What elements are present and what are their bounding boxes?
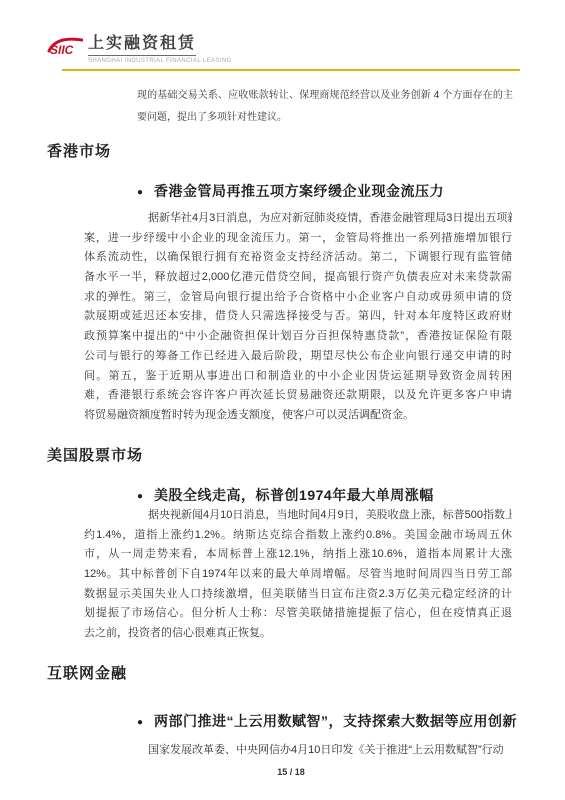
- siic-logo-text: SIIC: [50, 43, 74, 57]
- paragraph-internet: 国家发展改革委、中央网信办4月10日印发《关于推进“上云用数赋智”行动: [84, 741, 512, 761]
- intro-paragraph: 现的基础交易关系、应收账款转让、保理商规范经营以及业务创新 4 个方面存在的主要…: [137, 85, 513, 130]
- text-line: 12%。其中标普创下自1974年以来的最大单周增幅。尽管当地时间周四当日劳工部: [84, 565, 512, 585]
- bullet-icon: ●: [137, 187, 143, 198]
- bullet-icon: ●: [137, 491, 143, 502]
- text-line: 案，进一步纾缓中小企业的现金流压力。第一，金管局将推出一系列措施增加银行: [84, 229, 512, 249]
- text-line: 政预算案中提出的“中小企融资担保计划百分百担保特惠贷款”，香港按证保险有限: [84, 327, 512, 347]
- text-line: 将贸易融资额度暂时转为现金透支额度，使客户可以灵活调配资金。: [84, 406, 512, 426]
- siic-swoosh-icon: SIIC: [47, 34, 83, 58]
- company-logo: SIIC 上实融资租赁 SHANGHAI INDUSTRIAL FINANCIA…: [47, 30, 232, 64]
- document-page: SIIC 上实融资租赁 SHANGHAI INDUSTRIAL FINANCIA…: [0, 0, 565, 800]
- logo-text-column: 上实融资租赁 SHANGHAI INDUSTRIAL FINANCIAL LEA…: [88, 30, 232, 64]
- text-line: 公司与银行的筹备工作已经进入最后阶段，期望尽快公布企业向银行递交申请的时: [84, 347, 512, 367]
- text-line: 间。第五，鉴于近期从事进出口和制造业的中小企业因货运延期导致资金周转困: [84, 367, 512, 387]
- text-line: 数据显示美国失业人口持续激增，但美联储当日宣布注资2.3万亿美元稳定经济的计: [84, 585, 512, 605]
- bullet-icon: ●: [137, 717, 143, 728]
- text-line: 备水平一半，释放超过2,000亿港元借贷空间，提高银行资产负债表应对未来贷款需: [84, 268, 512, 288]
- bullet-item-hk: ● 香港金管局再推五项方案纾缓企业现金流压力: [137, 181, 444, 201]
- text-line: 要问题，提出了多项针对性建议。: [137, 107, 513, 129]
- header-divider-rule: [62, 69, 520, 71]
- bullet-item-us: ● 美股全线走高，标普创1974年最大单周涨幅: [137, 485, 434, 505]
- text-line: 体系流动性，以确保银行拥有充裕资金支持经济活动。第二，下调银行现有监管储: [84, 248, 512, 268]
- section-title-us-stock-market: 美国股票市场: [47, 444, 143, 465]
- paragraph-hk: 据新华社4月3日消息，为应对新冠肺炎疫情，香港金融管理局3日提出五项新方案，进一…: [84, 209, 512, 426]
- paragraph-us: 据央视新闻4月10日消息，当地时间4月9日，美股收盘上涨，标普500指数上涨约1…: [84, 506, 512, 644]
- section-title-hong-kong-market: 香港市场: [47, 140, 111, 161]
- text-line: 去之前，投资者的信心很难真正恢复。: [84, 624, 512, 644]
- text-line: 市，从一周走势来看，本周标普上涨12.1%，纳指上涨10.6%，道指本周累计大涨: [84, 545, 512, 565]
- text-line: 现的基础交易关系、应收账款转让、保理商规范经营以及业务创新 4 个方面存在的主: [137, 85, 513, 107]
- text-line: 款展期或延迟还本安排，借贷人只需选择接受与否。第四，针对本年度特区政府财: [84, 307, 512, 327]
- page-number: 15 / 18: [62, 767, 520, 777]
- text-line: 求的弹性。第三，金管局向银行提出给予合资格中小企业客户自动或毋须申请的贷: [84, 288, 512, 308]
- company-name-english: SHANGHAI INDUSTRIAL FINANCIAL LEASING: [88, 58, 232, 64]
- bullet-headline-hk: 香港金管局再推五项方案纾缓企业现金流压力: [154, 181, 444, 201]
- bullet-headline-us: 美股全线走高，标普创1974年最大单周涨幅: [154, 485, 434, 505]
- bullet-headline-internet: 两部门推进“上云用数赋智”，支持探索大数据等应用创新: [154, 711, 517, 731]
- text-line: 约1.4%，道指上涨约1.2%。纳斯达克综合指数上涨约0.8%。美国金融市场周五…: [84, 526, 512, 546]
- text-line: 划提振了市场信心。但分析人士称：尽管美联储措施提振了信心，但在疫情真正退: [84, 604, 512, 624]
- text-line: 据央视新闻4月10日消息，当地时间4月9日，美股收盘上涨，标普500指数上涨: [84, 506, 512, 526]
- text-line: 国家发展改革委、中央网信办4月10日印发《关于推进“上云用数赋智”行动: [84, 741, 512, 761]
- section-title-internet-finance: 互联网金融: [47, 662, 127, 683]
- bullet-item-internet: ● 两部门推进“上云用数赋智”，支持探索大数据等应用创新: [137, 711, 517, 731]
- text-line: 据新华社4月3日消息，为应对新冠肺炎疫情，香港金融管理局3日提出五项新方: [84, 209, 512, 229]
- company-name: 上实融资租赁: [88, 30, 196, 56]
- text-line: 难，香港银行系统会容许客户再次延长贸易融资还款期限，以及允许更多客户申请: [84, 386, 512, 406]
